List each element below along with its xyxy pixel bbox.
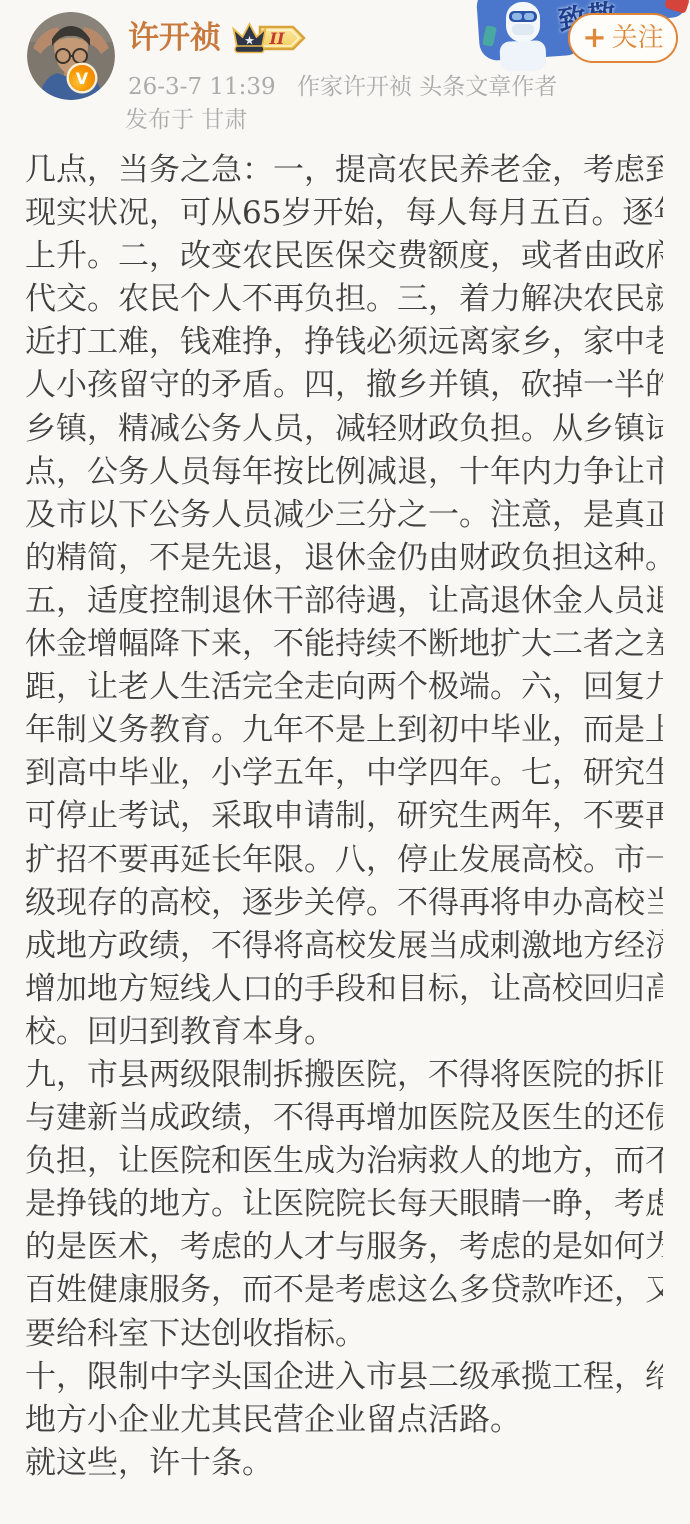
svg-text:★: ★: [244, 34, 255, 48]
post-text: 几点，当务之急：一，提高农民养老金，考虑到现实状况，可从65岁开始，每人每月五百…: [25, 149, 663, 1485]
text-line: 的是医术，考虑的人才与服务，考虑的是如何为: [25, 1226, 663, 1269]
text-line: 近打工难，钱难挣，挣钱必须远离家乡，家中老: [25, 321, 663, 364]
name-row: 许开祯 II ★: [128, 20, 308, 56]
follow-button[interactable]: + 关注: [568, 13, 678, 63]
username[interactable]: 许开祯: [128, 21, 221, 55]
text-line: 上升。二，改变农民医保交费额度，或者由政府: [25, 235, 663, 278]
text-line: 校。回归到教育本身。: [25, 1011, 663, 1054]
text-line: 乡镇，精减公务人员，减轻财政负担。从乡镇试: [25, 408, 663, 451]
text-line: 就这些，许十条。: [25, 1442, 663, 1485]
text-line: 百姓健康服务，而不是考虑这么多贷款咋还，又: [25, 1269, 663, 1312]
goggle-lens-left: [512, 13, 522, 20]
text-line: 级现存的高校，逐步关停。不得再将申办高校当: [25, 882, 663, 925]
text-line: 扩招不要再延长年限。八，停止发展高校。市一: [25, 839, 663, 882]
text-line: 休金增幅降下来，不能持续不断地扩大二者之差: [25, 623, 663, 666]
text-line: 代交。农民个人不再负担。三，着力解决农民就: [25, 278, 663, 321]
crown-icon: II ★: [230, 20, 308, 56]
post-header: 致敬 + 关注: [0, 0, 690, 149]
text-line: 与建新当成政绩，不得再增加医院及医生的还债: [25, 1097, 663, 1140]
text-line: 的精简，不是先退，退休金仍由财政负担这种。: [25, 537, 663, 580]
text-line: 点，公务人员每年按比例减退，十年内力争让市: [25, 451, 663, 494]
svg-text:II: II: [269, 29, 285, 48]
text-line: 人小孩留守的矛盾。四，撤乡并镇，砍掉一半的: [25, 364, 663, 407]
timestamp: 26-3-7 11:39: [128, 74, 276, 100]
text-line: 成地方政绩，不得将高校发展当成刺激地方经济: [25, 925, 663, 968]
text-line: 地方小企业尤其民营企业留点活路。: [25, 1399, 663, 1442]
text-line: 负担，让医院和医生成为治病救人的地方，而不: [25, 1140, 663, 1183]
text-line: 现实状况，可从65岁开始，每人每月五百。逐年: [25, 192, 663, 235]
verified-icon: V: [69, 65, 95, 91]
text-line: 是挣钱的地方。让医院院长每天眼睛一睁，考虑: [25, 1183, 663, 1226]
plus-icon: +: [582, 23, 606, 52]
medic-body-shape: [499, 40, 546, 72]
avatar[interactable]: V: [27, 12, 115, 100]
medic-mask-shape: [512, 24, 534, 35]
text-line: 要给科室下达创收指标。: [25, 1313, 663, 1356]
text-line: 十，限制中字头国企进入市县二级承揽工程，给: [25, 1356, 663, 1399]
text-line: 可停止考试，采取申请制，研究生两年，不要再: [25, 795, 663, 838]
text-line: 几点，当务之急：一，提高农民养老金，考虑到: [25, 149, 663, 192]
vip-level-badge: II ★: [230, 20, 308, 56]
text-line: 增加地方短线人口的手段和目标，让高校回归高: [25, 968, 663, 1011]
text-line: 及市以下公务人员减少三分之一。注意，是真正: [25, 494, 663, 537]
text-line: 到高中毕业，小学五年，中学四年。七，研究生: [25, 752, 663, 795]
post-location: 发布于 甘肃: [125, 101, 247, 134]
text-line: 九，市县两级限制拆搬医院，不得将医院的拆旧: [25, 1054, 663, 1097]
medic-hood-shape: [506, 2, 540, 42]
text-line: 五，适度控制退休干部待遇，让高退休金人员退: [25, 580, 663, 623]
goggle-lens-right: [524, 13, 534, 20]
post-page: 致敬 + 关注: [0, 0, 690, 1524]
avatar-photo: [27, 12, 115, 100]
follow-label: 关注: [612, 25, 664, 51]
text-line: 年制义务教育。九年不是上到初中毕业，而是上: [25, 709, 663, 752]
text-line: 距，让老人生活完全走向两个极端。六，回复九: [25, 666, 663, 709]
